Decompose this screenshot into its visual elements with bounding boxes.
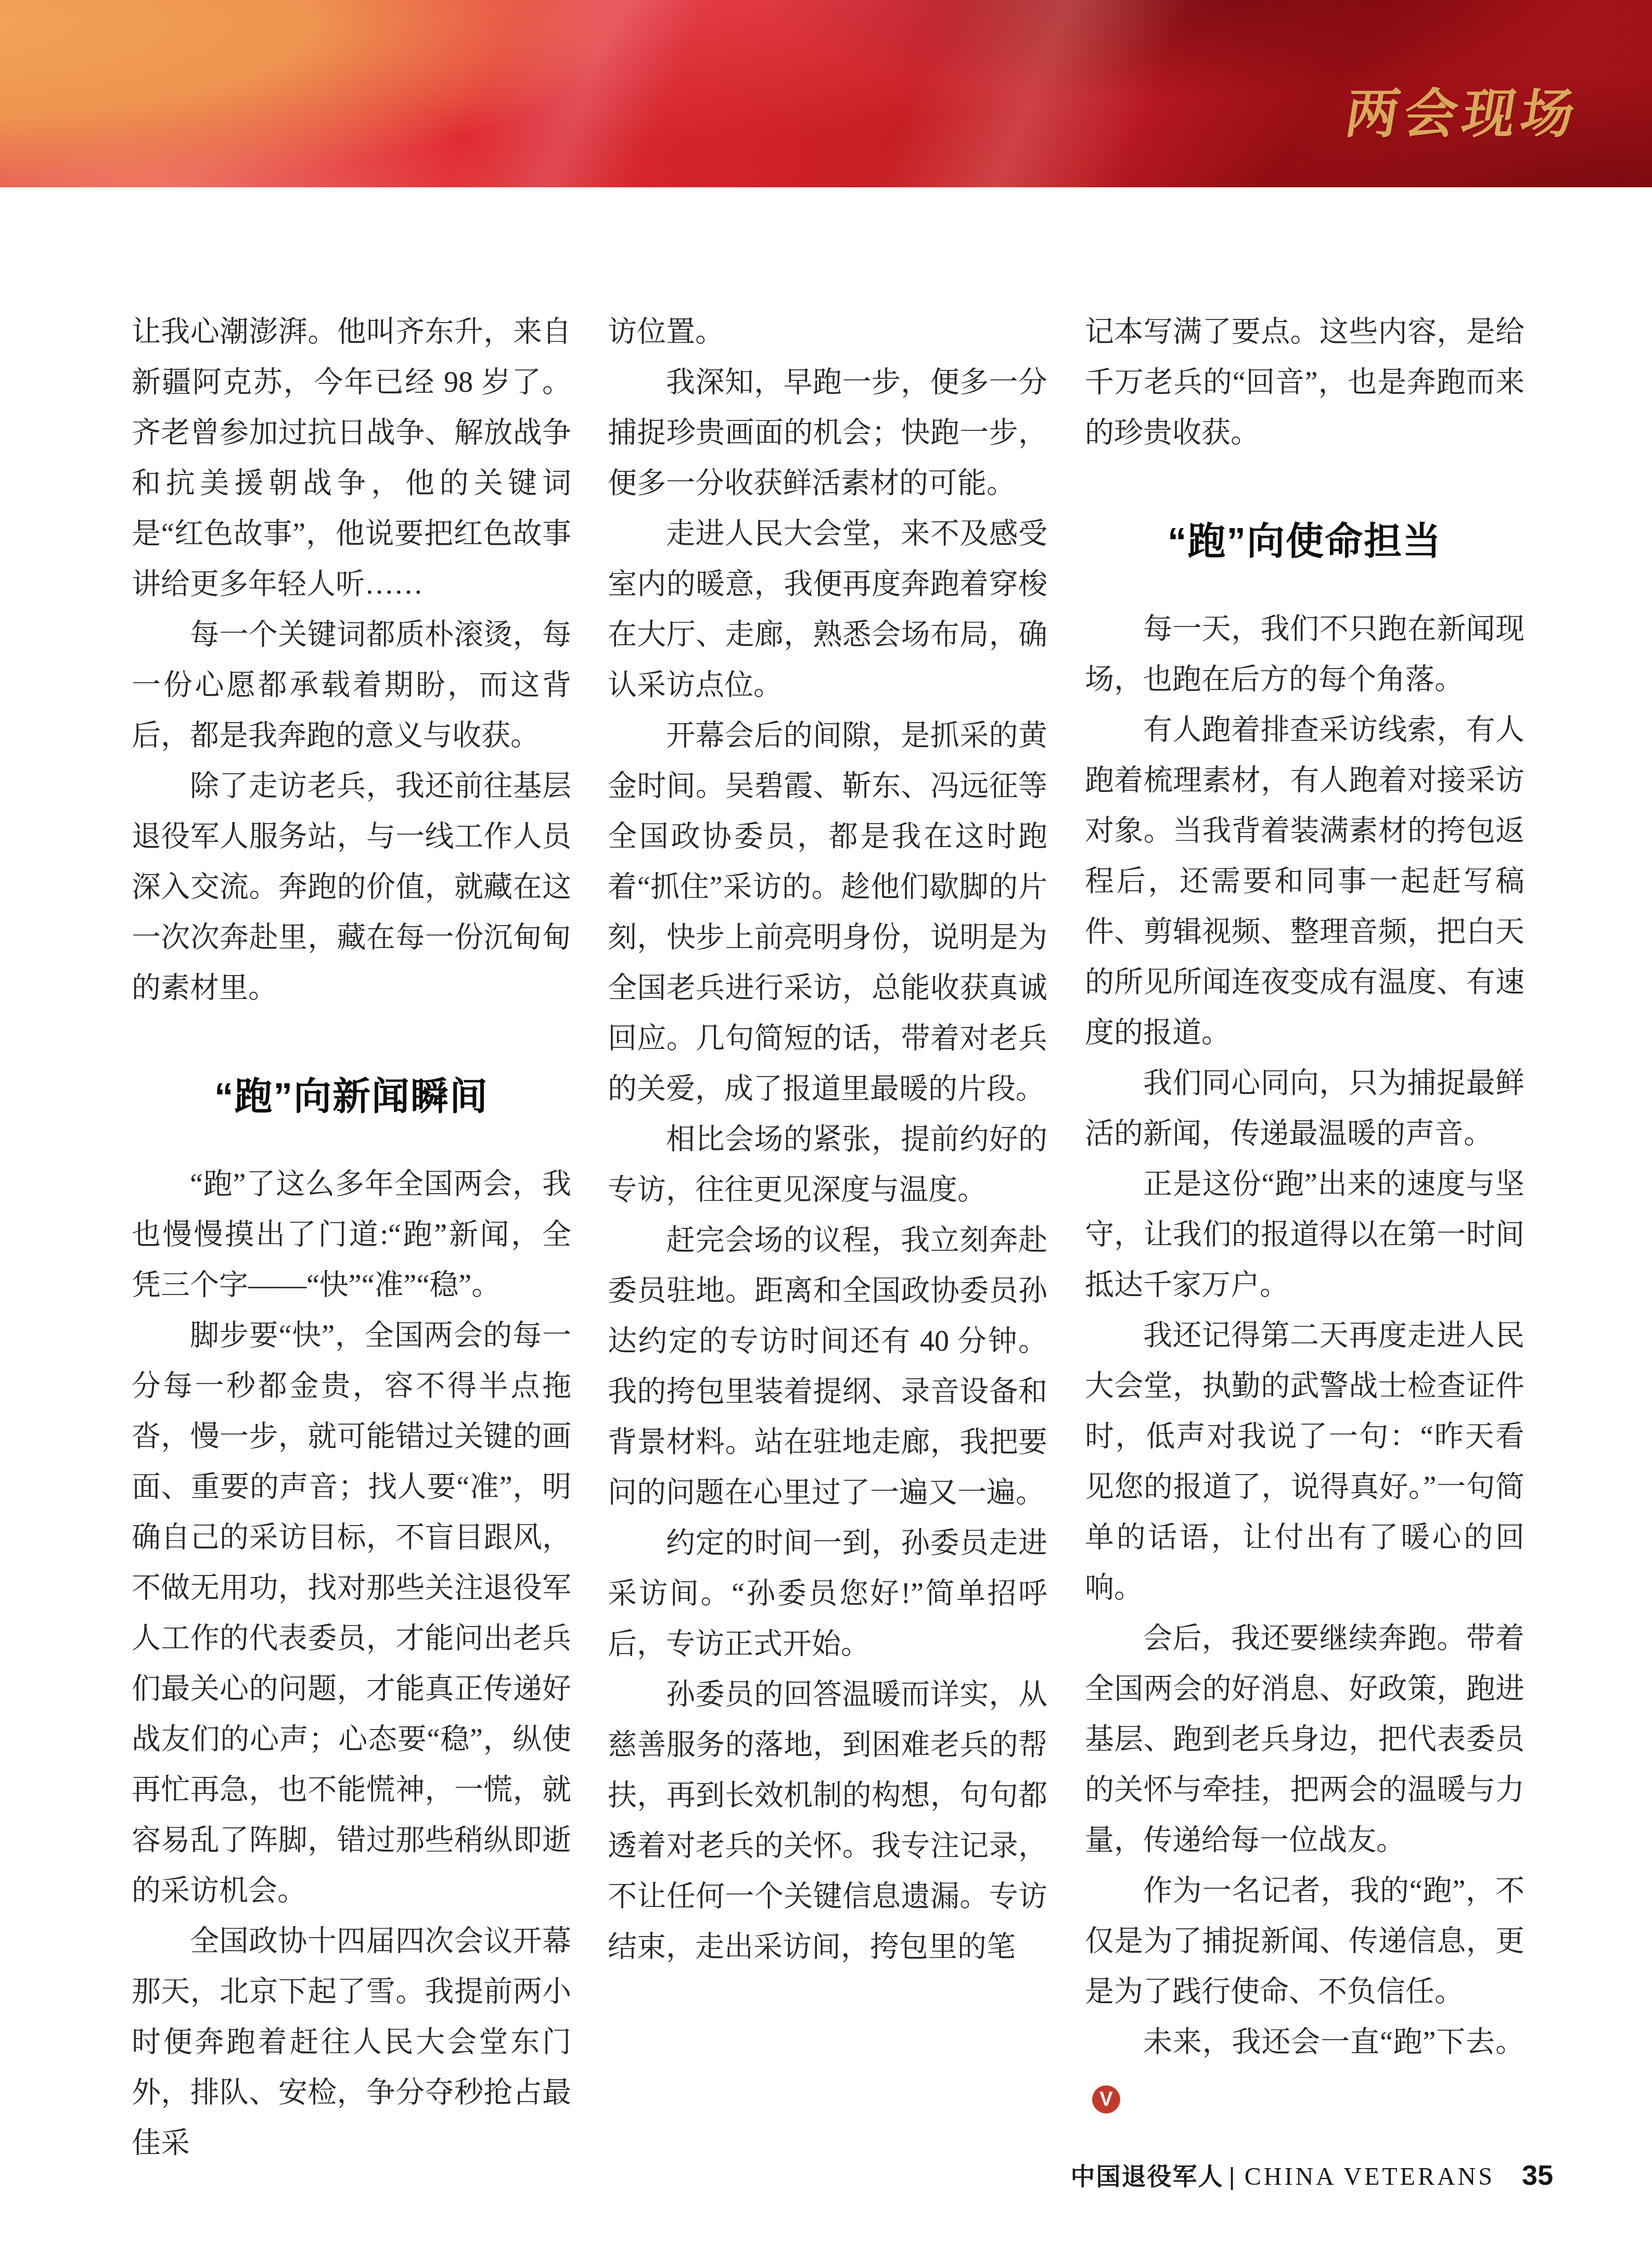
magazine-name-cjk: 中国退役军人 <box>1071 2157 1224 2192</box>
paragraph: 每一个关键词都质朴滚烫，每一份心愿都承载着期盼，而这背后，都是我奔跑的意义与收获… <box>132 610 571 761</box>
paragraph: 我们同心同向，只为捕捉最鲜活的新闻，传递最温暖的声音。 <box>1085 1058 1525 1159</box>
text-column-2: 访位置。我深知，早跑一步，便多一分捕捉珍贵画面的机会；快跑一步，便多一分收获鲜活… <box>608 307 1047 1972</box>
paragraph: 我还记得第二天再度走进人民大会堂，执勤的武警战士检查证件时，低声对我说了一句：“… <box>1085 1311 1525 1613</box>
paragraph: 未来，我还会一直“跑”下去。V <box>1085 2017 1525 2118</box>
paragraph: 除了走访老兵，我还前往基层退役军人服务站，与一线工作人员深入交流。奔跑的价值，就… <box>132 761 571 1014</box>
text-column-1: 让我心潮澎湃。他叫齐东升，来自新疆阿克苏，今年已经 98 岁了。齐老曾参加过抗日… <box>132 307 571 2169</box>
paragraph: 开幕会后的间隙，是抓采的黄金时间。吴碧霞、靳东、冯远征等全国政协委员，都是我在这… <box>608 711 1047 1114</box>
paragraph: 赶完会场的议程，我立刻奔赴委员驻地。距离和全国政协委员孙达约定的专访时间还有 4… <box>608 1215 1047 1518</box>
paragraph: 相比会场的紧张，提前约好的专访，往往更见深度与温度。 <box>608 1114 1047 1215</box>
paragraph: 正是这份“跑”出来的速度与坚守，让我们的报道得以在第一时间抵达千家万户。 <box>1085 1159 1525 1311</box>
page-number: 35 <box>1522 2159 1553 2192</box>
paragraph: 会后，我还要继续奔跑。带着全国两会的好消息、好政策，跑进基层、跑到老兵身边，把代… <box>1085 1613 1525 1866</box>
page-footer: 中国退役军人 | CHINA VETERANS 35 <box>1071 2157 1553 2192</box>
magazine-name-en: CHINA VETERANS <box>1245 2162 1495 2191</box>
paragraph: 每一天，我们不只跑在新闻现场，也跑在后方的每个角落。 <box>1085 604 1525 705</box>
section-heading: “跑”向新闻瞬间 <box>132 1073 571 1120</box>
paragraph: 有人跑着排查采访线索，有人跑着梳理素材，有人跑着对接采访对象。当我背着装满素材的… <box>1085 705 1525 1058</box>
paragraph: 脚步要“快”，全国两会的每一分每一秒都金贵，容不得半点拖沓，慢一步，就可能错过关… <box>132 1311 571 1916</box>
section-heading: “跑”向使命担当 <box>1085 518 1525 565</box>
paragraph: 我深知，早跑一步，便多一分捕捉珍贵画面的机会；快跑一步，便多一分收获鲜活素材的可… <box>608 357 1047 509</box>
article-body: 让我心潮澎湃。他叫齐东升，来自新疆阿克苏，今年已经 98 岁了。齐老曾参加过抗日… <box>0 0 1652 2242</box>
paragraph: 孙委员的回答温暖而详实，从慈善服务的落地，到困难老兵的帮扶，再到长效机制的构想，… <box>608 1670 1047 1972</box>
paragraph: 让我心潮澎湃。他叫齐东升，来自新疆阿克苏，今年已经 98 岁了。齐老曾参加过抗日… <box>132 307 571 610</box>
text-column-3: 记本写满了要点。这些内容，是给千万老兵的“回音”，也是奔跑而来的珍贵收获。“跑”… <box>1085 307 1525 2118</box>
paragraph: 走进人民大会堂，来不及感受室内的暖意，我便再度奔跑着穿梭在大厅、走廊，熟悉会场布… <box>608 509 1047 711</box>
paragraph: 作为一名记者，我的“跑”，不仅是为了捕捉新闻、传递信息，更是为了践行使命、不负信… <box>1085 1866 1525 2017</box>
paragraph: 全国政协十四届四次会议开幕那天，北京下起了雪。我提前两小时便奔跑着赶往人民大会堂… <box>132 1916 571 2169</box>
paragraph: “跑”了这么多年全国两会，我也慢慢摸出了门道:“跑”新闻，全凭三个字——“快”“… <box>132 1159 571 1311</box>
paragraph: 访位置。 <box>608 307 1047 357</box>
paragraph: 约定的时间一到，孙委员走进采访间。“孙委员您好!”简单招呼后，专访正式开始。 <box>608 1518 1047 1670</box>
footer-separator: | <box>1224 2162 1245 2190</box>
article-end-mark-icon: V <box>1092 2085 1120 2113</box>
paragraph: 记本写满了要点。这些内容，是给千万老兵的“回音”，也是奔跑而来的珍贵收获。 <box>1085 307 1525 458</box>
magazine-page: 两会现场 让我心潮澎湃。他叫齐东升，来自新疆阿克苏，今年已经 98 岁了。齐老曾… <box>0 0 1652 2242</box>
